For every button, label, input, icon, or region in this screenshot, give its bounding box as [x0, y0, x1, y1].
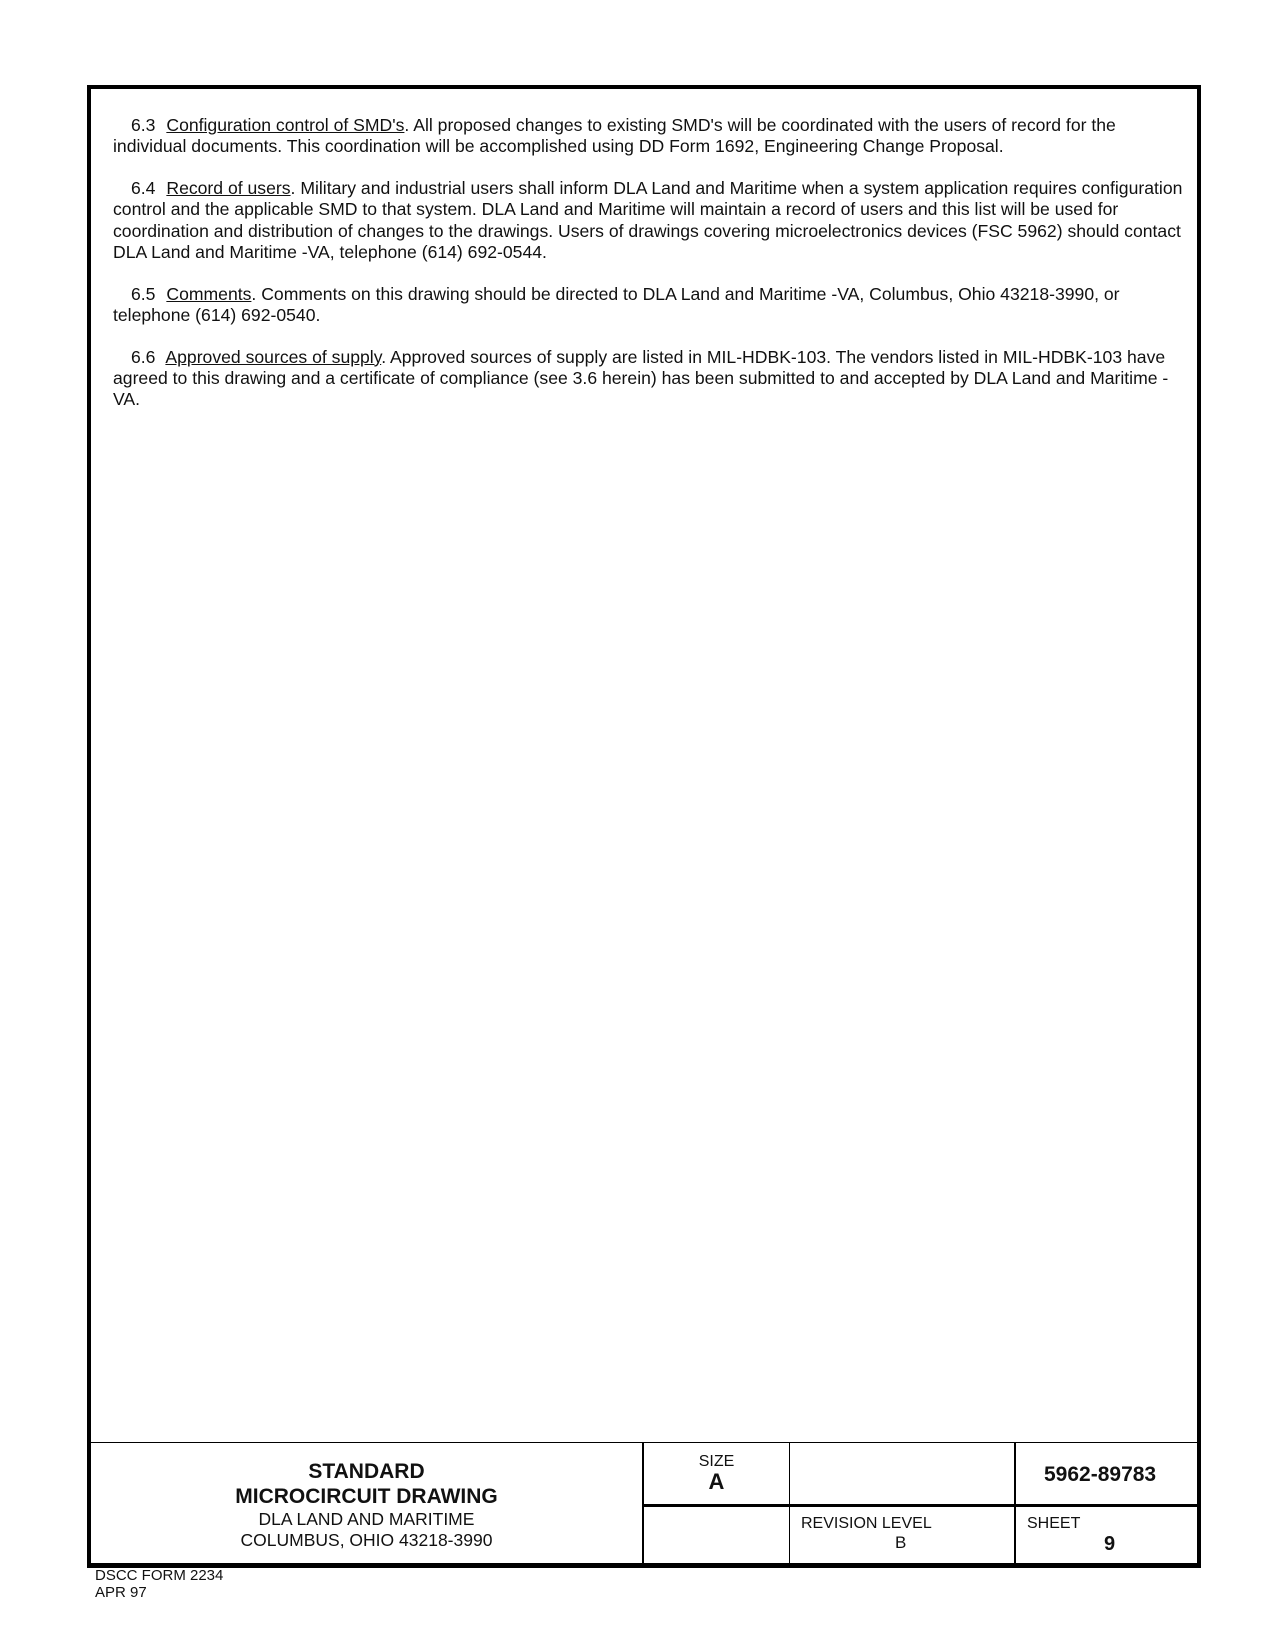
title-microcircuit-drawing: MICROCIRCUIT DRAWING [91, 1484, 642, 1509]
form-date: APR 97 [95, 1584, 223, 1601]
cage-code-cell [790, 1443, 1016, 1507]
paragraph-number: 6.3 [131, 115, 155, 135]
paragraph-title: Comments [166, 284, 251, 304]
paragraph-text: . Comments on this drawing should be dir… [113, 284, 1120, 325]
paragraph-number: 6.4 [131, 178, 155, 198]
size-cell: SIZE A [644, 1443, 790, 1507]
revision-value: B [895, 1533, 906, 1553]
paragraph-title: Record of users [166, 178, 290, 198]
form-footer: DSCC FORM 2234 APR 97 [95, 1567, 223, 1601]
drawing-number: 5962-89783 [1044, 1463, 1156, 1487]
title-standard: STANDARD [91, 1459, 642, 1484]
notes-body: 6.3 Configuration control of SMD's. All … [113, 115, 1183, 431]
drawing-number-cell: 5962-89783 [1016, 1443, 1197, 1507]
revision-label: REVISION LEVEL [801, 1515, 932, 1533]
paragraph-6-5: 6.5 Comments. Comments on this drawing s… [113, 284, 1183, 327]
sheet-label: SHEET [1027, 1515, 1080, 1533]
revision-cell: REVISION LEVEL B [790, 1507, 1016, 1564]
paragraph-number: 6.6 [131, 347, 155, 367]
sheet-cell: SHEET 9 [1016, 1507, 1197, 1564]
blank-cell [644, 1507, 790, 1564]
paragraph-title: Configuration control of SMD's [166, 115, 404, 135]
drawing-frame: 6.3 Configuration control of SMD's. All … [87, 85, 1201, 1568]
paragraph-6-3: 6.3 Configuration control of SMD's. All … [113, 115, 1183, 158]
paragraph-6-6: 6.6 Approved sources of supply. Approved… [113, 347, 1183, 411]
title-block: STANDARD MICROCIRCUIT DRAWING DLA LAND A… [91, 1442, 1197, 1564]
paragraph-number: 6.5 [131, 284, 155, 304]
size-value: A [644, 1471, 789, 1493]
sheet-number: 9 [1104, 1533, 1115, 1556]
paragraph-title: Approved sources of supply [165, 347, 381, 367]
org-address: COLUMBUS, OHIO 43218-3990 [91, 1530, 642, 1551]
title-block-name-cell: STANDARD MICROCIRCUIT DRAWING DLA LAND A… [91, 1443, 644, 1564]
org-name: DLA LAND AND MARITIME [91, 1509, 642, 1530]
paragraph-6-4: 6.4 Record of users. Military and indust… [113, 178, 1183, 263]
form-number: DSCC FORM 2234 [95, 1567, 223, 1584]
